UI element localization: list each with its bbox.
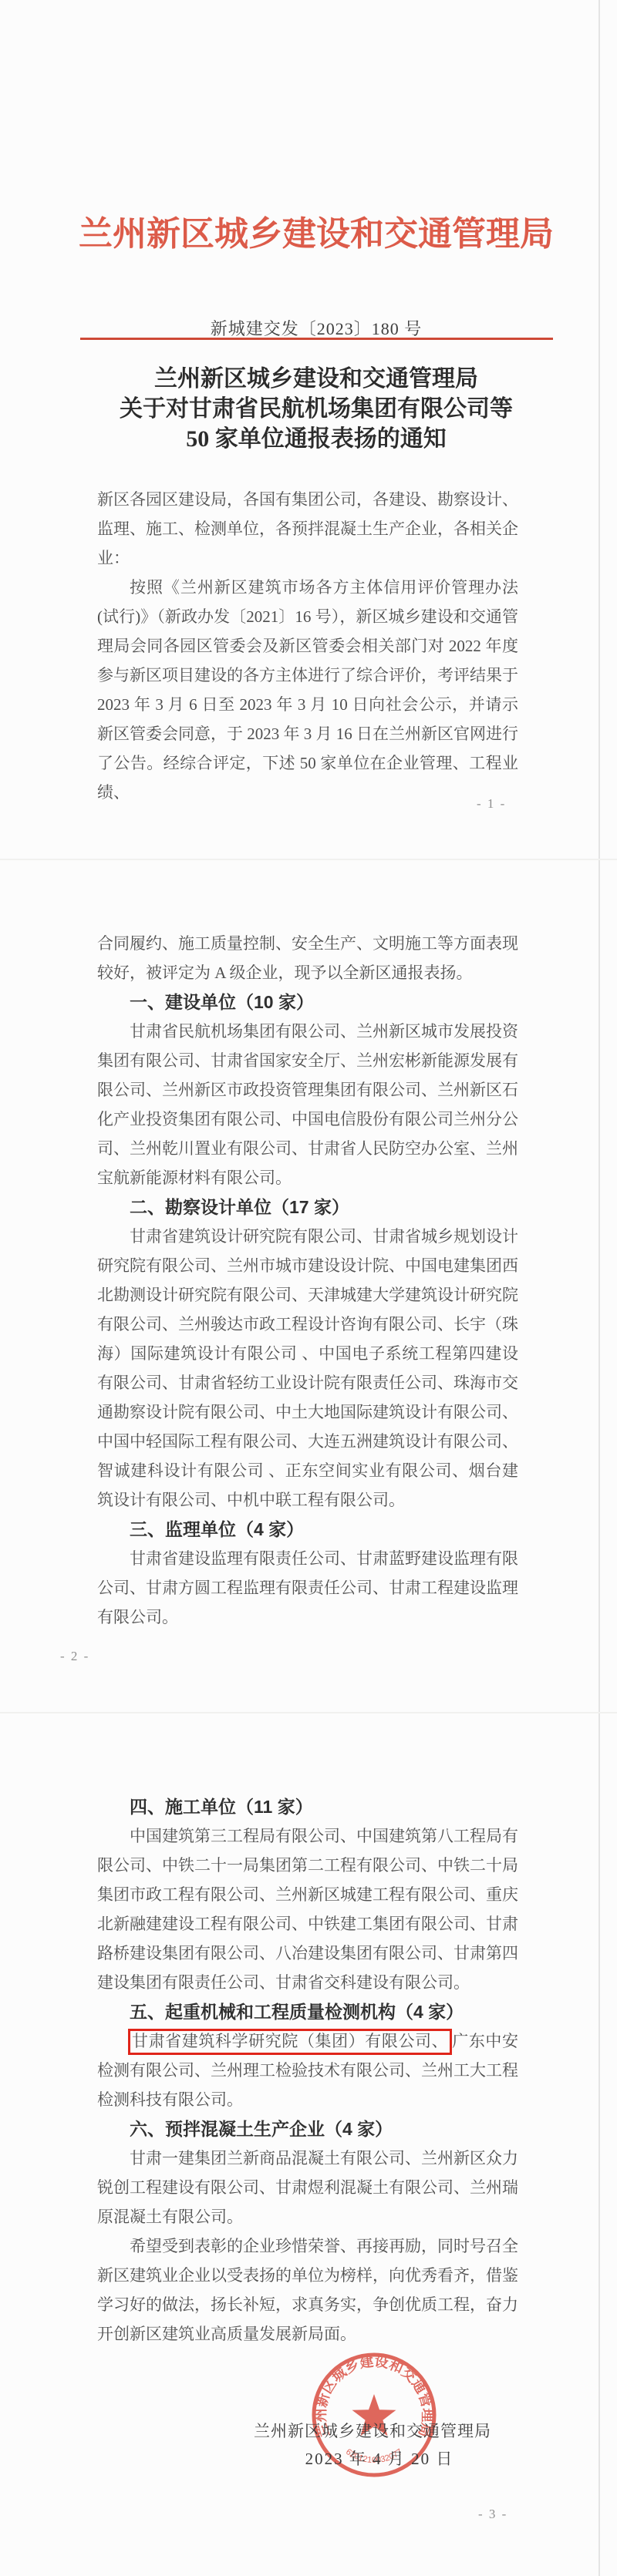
document-title-line-2: 关于对甘肃省民航机场集团有限公司等: [8, 394, 617, 424]
section-list-supervision-units: 甘肃省建设监理有限责任公司、甘肃蓝野建设监理有限公司、甘肃方圆工程监理有限责任公…: [97, 1544, 518, 1632]
section-list-construction-units: 甘肃省民航机场集团有限公司、兰州新区城市发展投资集团有限公司、甘肃省国家安全厅、…: [97, 1017, 518, 1192]
page-number-1: - 1 -: [477, 796, 506, 812]
section-list-survey-design-units: 甘肃省建筑设计研究院有限公司、甘肃省城乡规划设计研究院有限公司、兰州市城市建设设…: [97, 1222, 518, 1515]
page-number-2: - 2 -: [60, 1649, 89, 1664]
section-list-concrete-producers: 甘肃一建集团兰新商品混凝土有限公司、兰州新区众力锐创工程建设有限公司、甘肃煜利混…: [97, 2144, 518, 2231]
document-title-line-1: 兰州新区城乡建设和交通管理局: [8, 364, 617, 394]
section-heading-survey-design-units: 二、勘察设计单位（17 家）: [130, 1192, 349, 1222]
highlighted-company-annotation: 甘肃省建筑科学研究院（集团）有限公司、: [128, 2029, 452, 2055]
section-heading-inspection-agencies: 五、起重机械和工程质量检测机构（4 家）: [130, 1997, 464, 2026]
signature-agency: 兰州新区城乡建设和交通管理局: [103, 2419, 617, 2442]
section-heading-contractor-units: 四、施工单位（11 家）: [130, 1792, 313, 1821]
section-list-inspection-agencies: 甘肃省建筑科学研究院（集团）有限公司、广东中安检测有限公司、兰州理工检验技术有限…: [97, 2026, 518, 2114]
page-seam-1-2: [0, 859, 617, 860]
document-number: 新城建交发〔2023〕180 号: [0, 316, 617, 340]
document-title-line-3: 50 家单位通报表扬的通知: [8, 424, 617, 454]
letterhead-divider: [80, 338, 553, 340]
agency-letterhead: 兰州新区城乡建设和交通管理局: [8, 214, 617, 254]
section-heading-supervision-units: 三、监理单位（4 家）: [130, 1515, 304, 1544]
document-title: 兰州新区城乡建设和交通管理局 关于对甘肃省民航机场集团有限公司等 50 家单位通…: [8, 364, 617, 454]
intro-paragraph-part1: 按照《兰州新区建筑市场各方主体信用评价管理办法(试行)》（新政办发〔2021〕1…: [97, 573, 518, 807]
section-list-contractor-units: 中国建筑第三工程局有限公司、中国建筑第八工程局有限公司、中铁二十一局集团第二工程…: [97, 1821, 518, 1997]
page-number-3: - 3 -: [478, 2507, 507, 2522]
section-heading-concrete-producers: 六、预拌混凝土生产企业（4 家）: [130, 2114, 393, 2144]
closing-paragraph: 希望受到表彰的企业珍惜荣誉、再接再励，同时号召全新区建筑业企业以受表扬的单位为榜…: [97, 2231, 518, 2349]
salutation-paragraph: 新区各园区建设局，各国有集团公司，各建设、勘察设计、监理、施工、检测单位，各预拌…: [97, 485, 518, 573]
document-scan: 兰州新区城乡建设和交通管理局 新城建交发〔2023〕180 号 兰州新区城乡建设…: [0, 0, 617, 2576]
intro-paragraph-part2: 合同履约、施工质量控制、安全生产、文明施工等方面表现较好，被评定为 A 级企业，…: [97, 929, 518, 987]
page-seam-2-3: [0, 1712, 617, 1713]
section-heading-construction-units: 一、建设单位（10 家）: [130, 987, 314, 1017]
signature-date: 2023 年 4 月 20 日: [110, 2447, 617, 2470]
